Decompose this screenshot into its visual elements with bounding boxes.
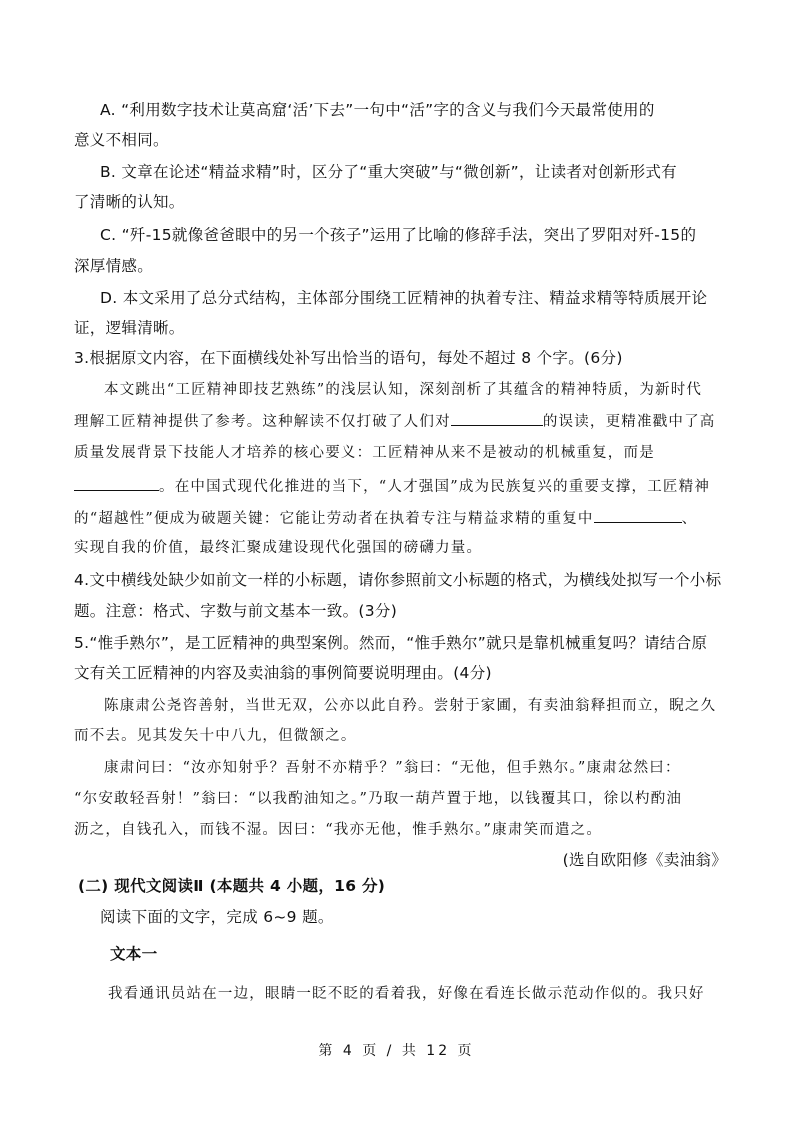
option-a-line-2: 意义不相同。 — [74, 130, 724, 150]
option-b-line-2: 了清晰的认知。 — [74, 192, 724, 212]
fill-blank-2[interactable] — [74, 475, 159, 491]
option-d-line-1: D. 本文采用了总分式结构，主体部分围绕工匠精神的执着专注、精益求精等特质展开论 — [100, 288, 750, 308]
question-5-line-1: 5.“惟手熟尔”，是工匠精神的典型案例。然而，“惟手熟尔”就只是靠机械重复吗？请… — [74, 633, 724, 653]
question-3-prompt: 3.根据原文内容，在下面横线处补写出恰当的语句，每处不超过 8 个字。(6分) — [74, 348, 724, 368]
option-d-line-2: 证，逻辑清晰。 — [74, 318, 724, 338]
q3-passage-line-5: 的“超越性”便成为破题关键：它能让劳动者在执着专注与精益求精的重复中、 — [74, 507, 724, 529]
q3-passage-line-6: 实现自我的价值，最终汇聚成建设现代化强国的磅礴力量。 — [74, 538, 724, 558]
q3-passage-line-1: 本文跳出“工匠精神即技艺熟练”的浅层认知，深刻剖析了其蕴含的精神特质，为新时代 — [104, 380, 754, 400]
q3-passage-text: 、 — [682, 511, 698, 527]
section-instruction: 阅读下面的文字，完成 6~9 题。 — [100, 907, 750, 927]
fill-blank-3[interactable] — [594, 507, 682, 523]
q3-passage-line-3: 质量发展背景下技能人才培养的核心要义：工匠精神从来不是被动的机械重复，而是 — [74, 443, 724, 463]
classical-passage-line-1: 陈康肃公尧咨善射，当世无双，公亦以此自矜。尝射于家圃，有卖油翁释担而立，睨之久 — [104, 696, 754, 716]
document-page: A. “利用数字技术让莫高窟‘活’下去”一句中“活”字的含义与我们今天最常使用的… — [0, 0, 793, 1122]
classical-passage-line-2: 而不去。见其发矢十中八九，但微颔之。 — [74, 726, 724, 746]
page-footer: 第 4 页 / 共 12 页 — [0, 1040, 793, 1060]
q3-passage-line-4: 。在中国式现代化推进的当下，“人才强国”成为民族复兴的重要支撑，工匠精神 — [74, 475, 724, 497]
text-first-line: 我看通讯员站在一边，眼睛一眨不眨的看着我，好像在看连长做示范动作似的。我只好 — [108, 984, 758, 1004]
q3-passage-text: 。在中国式现代化推进的当下，“人才强国”成为民族复兴的重要支撑，工匠精神 — [159, 479, 710, 495]
question-4-line-2: 题。注意：格式、字数与前文基本一致。(3分) — [74, 601, 724, 621]
q3-passage-text: 的“超越性”便成为破题关键：它能让劳动者在执着专注与精益求精的重复中 — [74, 511, 594, 527]
q3-passage-text: 理解工匠精神提供了参考。这种解读不仅打破了人们对 — [74, 414, 451, 430]
option-c-line-2: 深厚情感。 — [74, 256, 724, 276]
classical-passage-line-4: “尔安敢轻吾射！”翁曰：“以我酌油知之。”乃取一葫芦置于地，以钱覆其口，徐以杓酌… — [74, 789, 724, 809]
passage-source: (选自欧阳修《卖油翁》 — [563, 850, 727, 870]
option-b-line-1: B. 文章在论述“精益求精”时，区分了“重大突破”与“微创新”，让读者对创新形式… — [100, 162, 750, 182]
option-c-line-1: C. “歼-15就像爸爸眼中的另一个孩子”运用了比喻的修辞手法，突出了罗阳对歼-… — [100, 225, 750, 245]
section-heading: (二) 现代文阅读Ⅱ (本题共 4 小题，16 分) — [78, 876, 728, 896]
classical-passage-line-5: 沥之，自钱孔入，而钱不湿。因曰：“我亦无他，惟手熟尔。”康肃笑而遣之。 — [74, 820, 724, 840]
fill-blank-1[interactable] — [451, 410, 543, 426]
question-4-line-1: 4.文中横线处缺少如前文一样的小标题，请你参照前文小标题的格式，为横线处拟写一个… — [74, 570, 724, 590]
question-5-line-2: 文有关工匠精神的内容及卖油翁的事例简要说明理由。(4分) — [74, 663, 724, 683]
q3-passage-text: 的误读，更精准戳中了高 — [543, 414, 716, 430]
option-a-line-1: A. “利用数字技术让莫高窟‘活’下去”一句中“活”字的含义与我们今天最常使用的 — [100, 100, 750, 120]
text-title: 文本一 — [110, 944, 760, 964]
q3-passage-line-2: 理解工匠精神提供了参考。这种解读不仅打破了人们对的误读，更精准戳中了高 — [74, 410, 724, 432]
classical-passage-line-3: 康肃问曰：“汝亦知射乎？吾射不亦精乎？”翁曰：“无他，但手熟尔。”康肃忿然曰： — [104, 758, 754, 778]
